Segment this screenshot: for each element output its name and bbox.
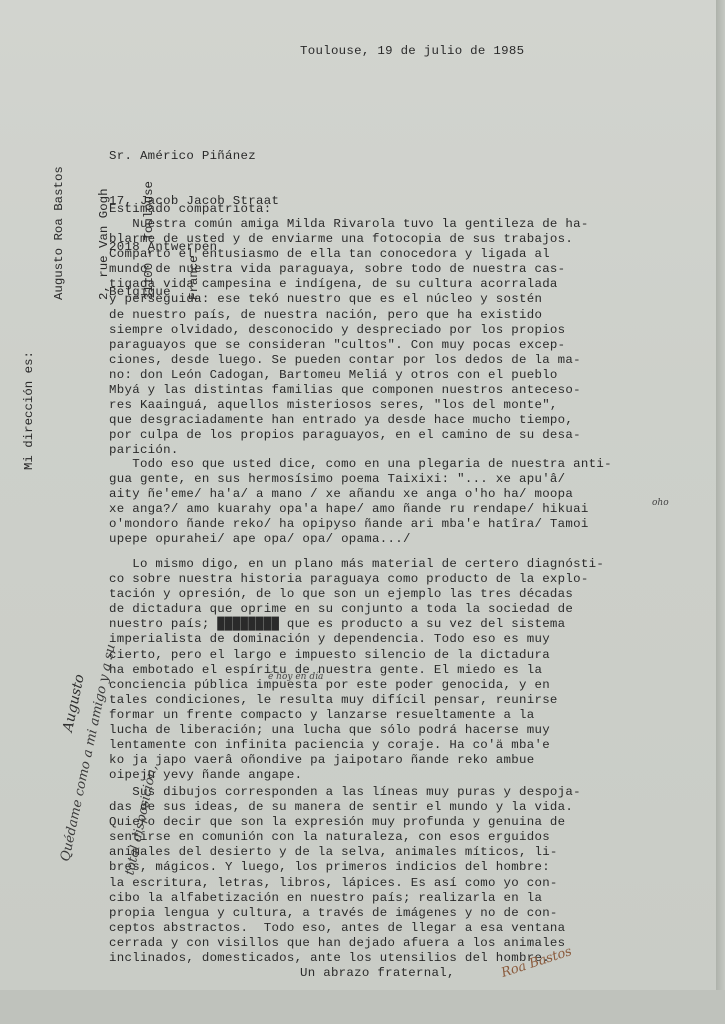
handwritten-note-line: total disposición, (120, 656, 188, 877)
text-line: no: don León Cadogan, Bartomeu Meliá y o… (109, 368, 589, 383)
text-line: imperialista de dominación y dependencia… (109, 632, 604, 647)
text-line: ceptos abstractos. Todo eso, antes de ll… (109, 921, 581, 936)
letter-page: Toulouse, 19 de julio de 1985 Sr. Améric… (0, 0, 716, 990)
text-line: aity ñe'eme/ ha'a/ a mano / xe añandu xe… (109, 487, 612, 502)
sidebar-address-line: 31100 - Toulouse (142, 166, 157, 300)
text-line: cibo la alfabetización en nuestro país; … (109, 891, 581, 906)
text-line: nuestro país; ████████ que es producto a… (109, 617, 604, 632)
text-line: gua gente, en sus hermosísimo poema Taix… (109, 472, 612, 487)
text-line: res Kaainguá, aquellos misteriosos seres… (109, 398, 589, 413)
date-line: Toulouse, 19 de julio de 1985 (300, 44, 524, 59)
text-line: ciones, desde luego. Se pueden contar po… (109, 353, 589, 368)
text-line: siempre olvidado, desconocido y despreci… (109, 323, 589, 338)
text-line: cerrada y con visillos que han dejado af… (109, 936, 581, 951)
text-line: upepe opurahei/ ape opa/ opa/ opama.../ (109, 532, 612, 547)
text-line: de nuestro país, de nuestra nación, pero… (109, 308, 589, 323)
text-line: Todo eso que usted dice, como en una ple… (109, 457, 612, 472)
sidebar-label: Mi dirección es: (22, 351, 37, 470)
text-line: de dictadura que oprime en su conjunto a… (109, 602, 604, 617)
paper-edge (716, 0, 725, 1024)
text-line: propia lengua y cultura, a través de imá… (109, 906, 581, 921)
background-surface (0, 990, 725, 1024)
sender-address-sidebar: Mi dirección es: Augusto Roa Bastos 2, r… (22, 440, 82, 470)
text-line: Mbyá y las distintas familias que compon… (109, 383, 589, 398)
text-line: o'mondoro ñande reko/ ha opipyso ñande a… (109, 517, 612, 532)
sidebar-address-line: Augusto Roa Bastos (52, 166, 67, 300)
sidebar-address: Augusto Roa Bastos 2, rue Van Gogh 31100… (22, 166, 232, 300)
text-line: tación y opresión, de lo que son un ejem… (109, 587, 604, 602)
sidebar-address-line: 2, rue Van Gogh (97, 166, 112, 300)
sidebar-address-line: France (187, 166, 202, 300)
handwritten-note-line: Quédame como a mi amigo y a su (55, 642, 123, 863)
text-line: paraguayos que se consideran "cultos". C… (109, 338, 589, 353)
text-line: por culpa de los propios paraguayos, en … (109, 428, 589, 443)
recipient-line: Sr. Américo Piñánez (109, 149, 279, 164)
text-line: Lo mismo digo, en un plano más material … (109, 557, 604, 572)
text-line: co sobre nuestra historia paraguaya como… (109, 572, 604, 587)
text-line: que desgraciadamente han entrado ya desd… (109, 413, 589, 428)
paragraph-2: Todo eso que usted dice, como en una ple… (109, 457, 612, 548)
interlinear-correction: é hoy en día (268, 672, 323, 682)
closing: Un abrazo fraternal, (300, 966, 455, 981)
marginal-note: oho (652, 498, 669, 508)
text-line: xe anga?/ amo kuarahy opa'a hape/ amo ña… (109, 502, 612, 517)
